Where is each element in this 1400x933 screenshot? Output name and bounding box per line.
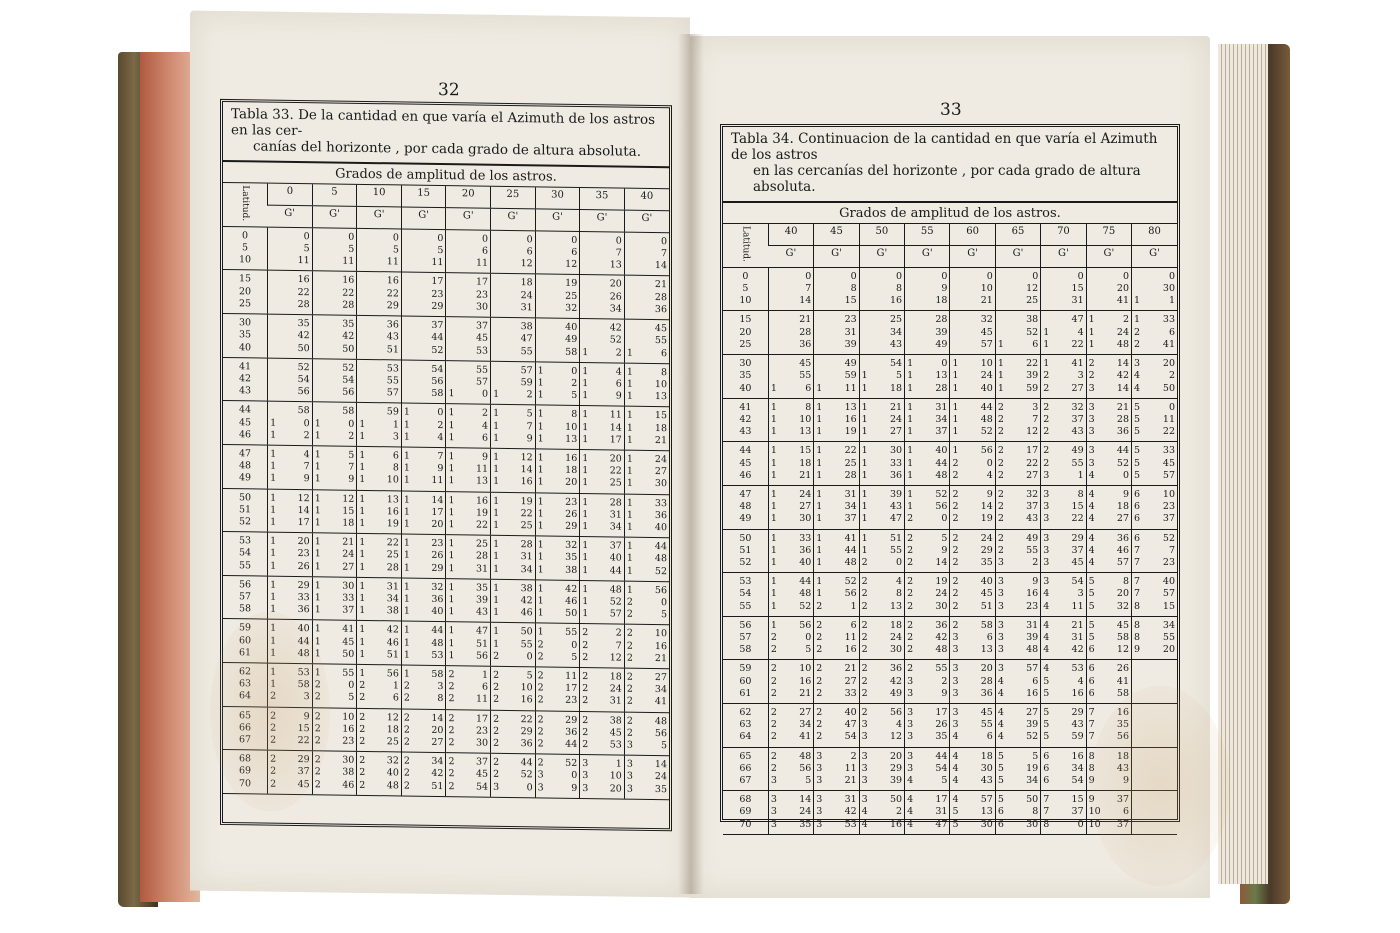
minutes-unit: ' bbox=[975, 248, 978, 259]
azimuth-value: 148 bbox=[627, 553, 667, 566]
table-row-group: 0510051105110511051106110612061207130714 bbox=[223, 226, 669, 276]
azimuth-value: 231 bbox=[582, 695, 622, 708]
azimuth-value: 59 bbox=[816, 370, 856, 382]
degrees-value: 2 bbox=[538, 651, 544, 663]
azimuth-value: 12 bbox=[493, 258, 533, 271]
table-cell: 834855920 bbox=[1132, 616, 1177, 660]
azimuth-value: 757 bbox=[1134, 588, 1175, 600]
minutes-value: 7 bbox=[348, 462, 354, 474]
azimuth-value: 219 bbox=[907, 576, 947, 588]
azimuth-value: 235 bbox=[952, 557, 992, 569]
azimuth-value: 317 bbox=[907, 707, 947, 719]
table-cell: 25210216 bbox=[491, 666, 536, 710]
azimuth-value: 0 bbox=[816, 271, 856, 283]
table-row-group: 4445461151181211221251281301331361401441… bbox=[723, 442, 1177, 486]
azimuth-value: 20 bbox=[538, 639, 578, 652]
azimuth-value: 31 bbox=[1043, 470, 1083, 482]
minutes-value: 22 bbox=[387, 288, 399, 300]
minutes-value: 23 bbox=[476, 289, 488, 301]
degrees-value: 1 bbox=[1134, 314, 1140, 326]
degrees-value: 3 bbox=[816, 806, 822, 818]
degrees-value: 1 bbox=[493, 464, 499, 476]
minutes-value: 20 bbox=[298, 536, 310, 548]
azimuth-value: 25 bbox=[627, 609, 667, 622]
degrees-value: 8 bbox=[1134, 620, 1140, 632]
minutes-unit: ' bbox=[839, 248, 842, 259]
table-cell: 15115520 bbox=[859, 529, 904, 573]
degrees-value: 1 bbox=[771, 576, 777, 588]
azimuth-value: 113 bbox=[627, 391, 667, 404]
table-cell: 0815 bbox=[814, 267, 859, 311]
minutes-value: 36 bbox=[890, 470, 902, 482]
minutes-value: 40 bbox=[565, 322, 577, 334]
minutes-value: 21 bbox=[1072, 620, 1084, 632]
table-cell: 364351 bbox=[357, 315, 402, 359]
degrees-value: 1 bbox=[270, 560, 276, 572]
azimuth-value: 236 bbox=[493, 738, 533, 751]
table-cell: 01225 bbox=[995, 267, 1040, 311]
minutes-value: 30 bbox=[476, 737, 488, 749]
minutes-value: 31 bbox=[521, 551, 533, 563]
table-cell: 128131134 bbox=[580, 493, 625, 537]
minutes-value: 56 bbox=[342, 387, 354, 399]
degrees-value: 2 bbox=[582, 695, 588, 707]
minutes-value: 4 bbox=[304, 449, 310, 461]
minutes-value: 16 bbox=[476, 495, 488, 507]
table-cell: 115118121 bbox=[624, 406, 669, 450]
minutes-value: 53 bbox=[431, 650, 443, 662]
degrees-value: 3 bbox=[862, 719, 868, 731]
azimuth-value: 17 bbox=[448, 277, 488, 290]
azimuth-value: 121 bbox=[627, 434, 667, 447]
minutes-value: 55 bbox=[981, 719, 993, 731]
azimuth-value: 124 bbox=[771, 489, 811, 501]
minutes-value: 51 bbox=[890, 533, 902, 545]
degrees-value: 8 bbox=[1043, 819, 1049, 831]
minutes-value: 24 bbox=[1117, 327, 1129, 339]
azimuth-value: 115 bbox=[771, 445, 811, 457]
table-cell: 12124148 bbox=[1086, 311, 1131, 355]
minutes-value: 14 bbox=[799, 295, 811, 307]
minutes-value: 45 bbox=[476, 769, 488, 781]
page-number: 33 bbox=[940, 100, 962, 120]
degrees-value: 1 bbox=[270, 548, 276, 560]
degrees-value: 1 bbox=[493, 582, 499, 594]
azimuth-value: 224 bbox=[862, 632, 902, 644]
degrees-value: 5 bbox=[1089, 601, 1095, 613]
latitude-value: 47 bbox=[225, 448, 265, 461]
degrees-value: 2 bbox=[952, 458, 958, 470]
table-cell: 374553 bbox=[446, 317, 491, 361]
minutes-value: 41 bbox=[799, 731, 811, 743]
azimuth-value: 123 bbox=[404, 538, 444, 551]
amplitude-column-header: 35 bbox=[580, 188, 625, 210]
azimuth-value: 27 bbox=[998, 414, 1038, 426]
degrees-value: 2 bbox=[538, 670, 544, 682]
minutes-value: 22 bbox=[1163, 426, 1175, 438]
degrees-value: 3 bbox=[998, 557, 1004, 569]
degrees-value: 2 bbox=[493, 769, 499, 781]
azimuth-value: 55 bbox=[448, 364, 488, 377]
degrees-value: 1 bbox=[627, 410, 633, 422]
degrees-value: 1 bbox=[771, 458, 777, 470]
minutes-value: 7 bbox=[1169, 545, 1175, 557]
azimuth-value: 18 bbox=[359, 462, 399, 475]
degrees-value: 1 bbox=[404, 550, 410, 562]
minutes-value: 55 bbox=[476, 364, 488, 376]
azimuth-value: 214 bbox=[1089, 358, 1129, 370]
degrees-value: 3 bbox=[952, 644, 958, 656]
minutes-value: 49 bbox=[935, 339, 947, 351]
minutes-value: 31 bbox=[1072, 295, 1084, 307]
degrees-value: 1 bbox=[952, 370, 958, 382]
azimuth-value: 122 bbox=[582, 465, 622, 478]
table-cell: 137140144 bbox=[580, 537, 625, 581]
minutes-value: 27 bbox=[342, 561, 354, 573]
azimuth-value: 331 bbox=[816, 794, 856, 806]
minutes-value: 53 bbox=[387, 363, 399, 375]
azimuth-value: 56 bbox=[270, 386, 310, 399]
minutes-value: 10 bbox=[655, 628, 667, 640]
degrees-value: 3 bbox=[1043, 489, 1049, 501]
degrees-value: 1 bbox=[998, 339, 1004, 351]
azimuth-value: 133 bbox=[771, 533, 811, 545]
minutes-value: 50 bbox=[890, 794, 902, 806]
degrees-value: 3 bbox=[862, 731, 868, 743]
degrees-value: 3 bbox=[952, 663, 958, 675]
unit-header: G' bbox=[768, 245, 813, 267]
azimuth-value: 10 bbox=[315, 418, 355, 431]
azimuth-value: 131 bbox=[816, 489, 856, 501]
azimuth-value: 148 bbox=[952, 414, 992, 426]
latitude-value: 15 bbox=[725, 314, 766, 326]
minutes-value: 44 bbox=[565, 739, 577, 751]
azimuth-value: 158 bbox=[404, 668, 444, 681]
degrees-value: 3 bbox=[907, 676, 913, 688]
latitude-value: 48 bbox=[225, 460, 265, 473]
latitude-value: 45 bbox=[225, 417, 265, 430]
azimuth-value: 12 bbox=[404, 419, 444, 432]
degrees-value: 2 bbox=[907, 513, 913, 525]
table-cell: 34435445 bbox=[905, 747, 950, 791]
degrees-value: 1 bbox=[907, 426, 913, 438]
minutes-value: 10 bbox=[521, 682, 533, 694]
azimuth-value: 436 bbox=[1089, 533, 1129, 545]
azimuth-value: 345 bbox=[952, 707, 992, 719]
table-cell: 45354516 bbox=[1041, 660, 1086, 704]
minutes-value: 27 bbox=[655, 672, 667, 684]
minutes-value: 57 bbox=[981, 794, 993, 806]
minutes-value: 17 bbox=[431, 507, 443, 519]
azimuth-value: 11 bbox=[315, 256, 355, 269]
azimuth-value: 245 bbox=[952, 588, 992, 600]
degrees-value: 1 bbox=[448, 582, 454, 594]
minutes-value: 6 bbox=[527, 246, 533, 258]
minutes-value: 45 bbox=[981, 327, 993, 339]
azimuth-value: 335 bbox=[771, 819, 811, 831]
azimuth-value: 29 bbox=[404, 300, 444, 313]
minutes-value: 59 bbox=[387, 407, 399, 419]
minutes-value: 50 bbox=[1163, 383, 1175, 395]
azimuth-value: 0 bbox=[404, 232, 444, 245]
azimuth-value: 530 bbox=[952, 819, 992, 831]
azimuth-value: 43 bbox=[862, 339, 902, 351]
unit-labels: G' bbox=[580, 212, 624, 224]
minutes-value: 32 bbox=[1026, 489, 1038, 501]
minutes-value: 33 bbox=[298, 592, 310, 604]
minutes-value: 7 bbox=[304, 461, 310, 473]
minutes-value: 2 bbox=[1032, 557, 1038, 569]
minutes-value: 58 bbox=[298, 405, 310, 417]
latitude-value: 49 bbox=[225, 472, 265, 485]
degrees-value: 2 bbox=[359, 736, 365, 748]
degrees-value: 6 bbox=[1089, 676, 1095, 688]
minutes-value: 18 bbox=[890, 383, 902, 395]
azimuth-value: 450 bbox=[1134, 383, 1175, 395]
minutes-value: 0 bbox=[805, 271, 811, 283]
degrees-value: 1 bbox=[771, 501, 777, 513]
minutes-value: 43 bbox=[387, 332, 399, 344]
azimuth-value: 251 bbox=[952, 601, 992, 613]
azimuth-value: 29 bbox=[907, 545, 947, 557]
degrees-value: 5 bbox=[998, 763, 1004, 775]
azimuth-value: 138 bbox=[493, 582, 533, 595]
minutes-value: 44 bbox=[935, 458, 947, 470]
azimuth-value: 36 bbox=[627, 303, 667, 316]
degrees-value: 2 bbox=[627, 696, 633, 708]
degrees-value: 1 bbox=[404, 494, 410, 506]
degrees-value: 1 bbox=[538, 627, 544, 639]
minutes-value: 18 bbox=[610, 671, 622, 683]
minutes-value: 10 bbox=[981, 358, 993, 370]
minutes-value: 39 bbox=[476, 594, 488, 606]
minutes-value: 2 bbox=[1123, 314, 1129, 326]
table-cell: 1562025 bbox=[768, 616, 813, 660]
degrees-value: 3 bbox=[538, 770, 544, 782]
table-cell: 141144148 bbox=[814, 529, 859, 573]
degrees-value: 2 bbox=[862, 557, 868, 569]
table-cell: 417431447 bbox=[905, 791, 950, 835]
azimuth-value: 140 bbox=[582, 552, 622, 565]
degrees-value: 1 bbox=[907, 414, 913, 426]
degrees-value: 5 bbox=[1089, 588, 1095, 600]
azimuth-value: 0 bbox=[627, 235, 667, 248]
azimuth-value: 0 bbox=[315, 231, 355, 244]
degrees-value: 4 bbox=[862, 819, 868, 831]
table-cell: 0714 bbox=[624, 232, 669, 276]
degrees-value: 2 bbox=[582, 627, 588, 639]
minutes-value: 37 bbox=[1072, 545, 1084, 557]
degrees-value: 1 bbox=[404, 431, 410, 443]
azimuth-value: 252 bbox=[538, 758, 578, 771]
minutes-value: 41 bbox=[1117, 295, 1129, 307]
minutes-value: 34 bbox=[845, 501, 857, 513]
degrees-value: 1 bbox=[315, 624, 321, 636]
minutes-value: 24 bbox=[655, 771, 667, 783]
minutes-value: 54 bbox=[298, 374, 310, 386]
minutes-value: 59 bbox=[845, 370, 857, 382]
azimuth-value: 212 bbox=[998, 426, 1038, 438]
degrees-value: 5 bbox=[1043, 731, 1049, 743]
azimuth-value: 21 bbox=[816, 601, 856, 613]
azimuth-value: 152 bbox=[771, 601, 811, 613]
degrees-value: 5 bbox=[1134, 414, 1140, 426]
azimuth-value: 148 bbox=[1089, 339, 1129, 351]
degrees-value: 2 bbox=[404, 712, 410, 724]
minutes-value: 44 bbox=[845, 545, 857, 557]
azimuth-value: 125 bbox=[816, 458, 856, 470]
azimuth-value: 416 bbox=[998, 688, 1038, 700]
latitude-value: 44 bbox=[225, 404, 265, 417]
degrees-value: 1 bbox=[493, 389, 499, 401]
minutes-value: 27 bbox=[1072, 383, 1084, 395]
table-cell: 65277723 bbox=[1132, 529, 1177, 573]
latitude-value: 64 bbox=[725, 731, 766, 743]
degrees-value: 1 bbox=[404, 562, 410, 574]
minutes-value: 15 bbox=[1072, 283, 1084, 295]
minutes-value: 26 bbox=[610, 291, 622, 303]
azimuth-value: 156 bbox=[448, 650, 488, 663]
degrees-value: 7 bbox=[1134, 588, 1140, 600]
azimuth-value: 249 bbox=[862, 688, 902, 700]
degrees-value: 1 bbox=[448, 388, 454, 400]
unit-labels: G' bbox=[768, 248, 813, 259]
azimuth-value: 14 bbox=[771, 295, 811, 307]
table-cell: 35042416 bbox=[859, 791, 904, 835]
minutes-value: 14 bbox=[981, 501, 993, 513]
latitude-value: 50 bbox=[725, 533, 766, 545]
azimuth-value: 16 bbox=[315, 275, 355, 288]
degrees-value: 1 bbox=[816, 545, 822, 557]
degrees-value: 1 bbox=[404, 407, 410, 419]
table-cell: 212836 bbox=[768, 311, 813, 355]
azimuth-value: 127 bbox=[862, 426, 902, 438]
degrees-value: 3 bbox=[627, 783, 633, 795]
minutes-value: 55 bbox=[387, 375, 399, 387]
degrees-value: 2 bbox=[771, 632, 777, 644]
azimuth-value: 54 bbox=[1043, 676, 1083, 688]
degrees-value: 1 bbox=[771, 383, 777, 395]
table-cell: 591113 bbox=[357, 403, 402, 447]
degrees-value: 2 bbox=[404, 768, 410, 780]
degrees-value: 2 bbox=[1089, 370, 1095, 382]
degrees-value: 3 bbox=[907, 688, 913, 700]
azimuth-value: 19 bbox=[404, 463, 444, 476]
minutes-value: 0 bbox=[527, 782, 533, 794]
minutes-value: 50 bbox=[298, 343, 310, 355]
table-cell: 25634312 bbox=[859, 703, 904, 747]
azimuth-value: 141 bbox=[1043, 358, 1083, 370]
azimuth-value: 18 bbox=[493, 277, 533, 290]
minutes-value: 44 bbox=[935, 751, 947, 763]
minutes-value: 13 bbox=[387, 494, 399, 506]
degrees-value: 1 bbox=[359, 649, 365, 661]
minutes-value: 44 bbox=[431, 332, 443, 344]
degrees-value: 1 bbox=[538, 540, 544, 552]
azimuth-value: 130 bbox=[627, 478, 667, 491]
azimuth-value: 152 bbox=[816, 576, 856, 588]
table-cell: 233139 bbox=[814, 311, 859, 355]
azimuth-value: 12 bbox=[538, 259, 578, 272]
table-cell: 321328336 bbox=[1086, 398, 1131, 442]
degrees-value: 3 bbox=[582, 770, 588, 782]
azimuth-value: 136 bbox=[627, 509, 667, 522]
degrees-value: 1 bbox=[907, 489, 913, 501]
degrees-value: 3 bbox=[998, 620, 1004, 632]
minutes-value: 23 bbox=[342, 736, 354, 748]
minutes-value: 23 bbox=[431, 538, 443, 550]
degrees-value: 1 bbox=[816, 489, 822, 501]
minutes-value: 57 bbox=[610, 609, 622, 621]
azimuth-value: 25 bbox=[538, 651, 578, 664]
table-cell: 222229236 bbox=[491, 710, 536, 754]
azimuth-value: 46 bbox=[952, 731, 992, 743]
minutes-value: 18 bbox=[521, 278, 533, 290]
azimuth-value: 59 bbox=[493, 377, 533, 390]
azimuth-value: 329 bbox=[1043, 533, 1083, 545]
azimuth-value: 139 bbox=[448, 594, 488, 607]
minutes-value: 30 bbox=[981, 819, 993, 831]
azimuth-value: 38 bbox=[493, 321, 533, 334]
minutes-value: 12 bbox=[521, 258, 533, 270]
unit-labels: G' bbox=[905, 248, 949, 259]
minutes-value: 50 bbox=[565, 608, 577, 620]
azimuth-value: 124 bbox=[952, 370, 992, 382]
latitude-value: 62 bbox=[725, 707, 766, 719]
minutes-value: 23 bbox=[565, 496, 577, 508]
minutes-value: 56 bbox=[799, 763, 811, 775]
table-cell: 314324335 bbox=[624, 755, 669, 799]
unit-labels: G' bbox=[446, 210, 490, 222]
minutes-value: 11 bbox=[387, 257, 399, 269]
table-cell: 545558612 bbox=[1086, 616, 1131, 660]
table-cell: 0511 bbox=[357, 228, 402, 272]
minutes-value: 37 bbox=[845, 513, 857, 525]
azimuth-value: 131 bbox=[359, 581, 399, 594]
minutes-value: 45 bbox=[981, 707, 993, 719]
azimuth-value: 252 bbox=[493, 769, 533, 782]
azimuth-value: 342 bbox=[816, 806, 856, 818]
azimuth-value: 112 bbox=[270, 492, 310, 505]
azimuth-value: 21 bbox=[952, 295, 992, 307]
minutes-value: 24 bbox=[799, 806, 811, 818]
minutes-value: 8 bbox=[896, 588, 902, 600]
azimuth-value: 142 bbox=[359, 624, 399, 637]
azimuth-value: 316 bbox=[998, 588, 1038, 600]
minutes-value: 19 bbox=[521, 496, 533, 508]
azimuth-value: 118 bbox=[538, 464, 578, 477]
degrees-value: 2 bbox=[627, 684, 633, 696]
table-cell: 354250 bbox=[312, 315, 357, 359]
azimuth-value: 110 bbox=[359, 474, 399, 487]
minutes-value: 55 bbox=[655, 335, 667, 347]
azimuth-value: 326 bbox=[907, 719, 947, 731]
table-cell: 120122125 bbox=[580, 449, 625, 493]
minutes-value: 11 bbox=[845, 383, 857, 395]
minutes-value: 20 bbox=[890, 751, 902, 763]
degrees-value: 4 bbox=[1089, 545, 1095, 557]
degrees-value: 1 bbox=[315, 493, 321, 505]
degrees-value: 4 bbox=[1043, 601, 1049, 613]
azimuth-value: 23 bbox=[816, 314, 856, 326]
minutes-value: 31 bbox=[610, 696, 622, 708]
minutes-value: 33 bbox=[1163, 314, 1175, 326]
degrees-value: 1 bbox=[270, 517, 276, 529]
minutes-value: 47 bbox=[521, 333, 533, 345]
table-cell: 0816 bbox=[859, 267, 904, 311]
degrees-value: 2 bbox=[862, 620, 868, 632]
minutes-value: 9 bbox=[1123, 489, 1129, 501]
